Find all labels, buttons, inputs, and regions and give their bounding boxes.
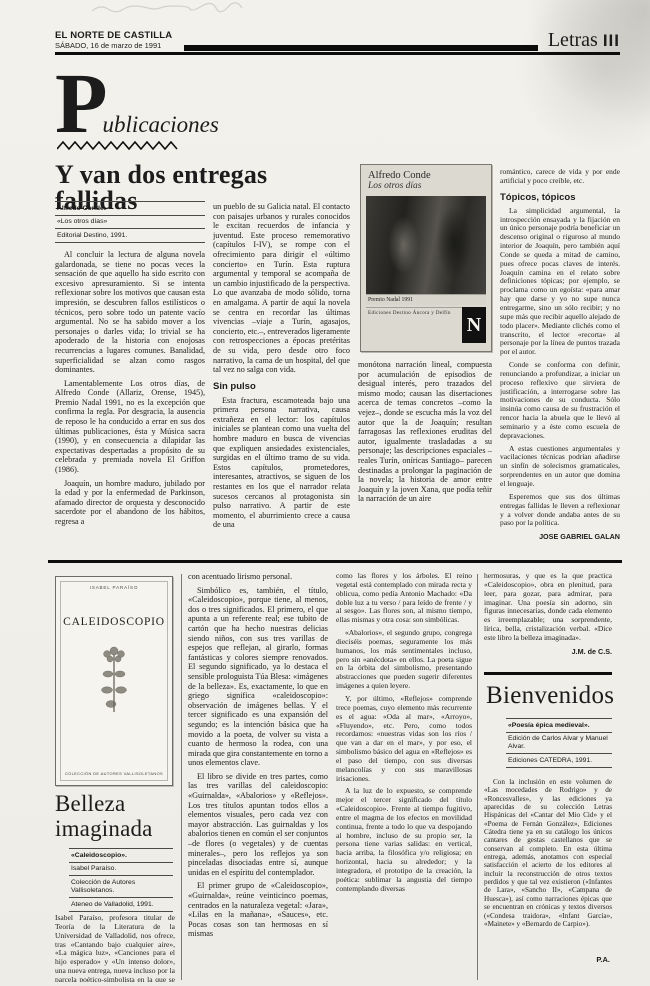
paragraph: hermosuras, y que es la que practica «Ca… [484,572,612,643]
paragraph: Esperemos que sus dos últimas entregas f… [500,493,620,528]
article3-text: Con la inclusión en este volumen de «Las… [484,778,612,956]
section-number: III [603,31,620,50]
paragraph: Y, por último, «Reflejos» comprende trec… [336,695,472,783]
publications-word: ublicaciones [103,113,219,136]
article1-column-4: romántico, carece de vida y por ende art… [500,168,620,559]
pencil-scribble [90,2,260,16]
paragraph: La simplicidad argumental, la introspecc… [500,207,620,357]
masthead-left: EL NORTE DE CASTILLA SÁBADO, 16 de marzo… [55,31,172,52]
credit-publisher: Ateneo de Valladolid, 1991. [69,898,173,912]
bottom-section: ISABEL PARAÍSO CALEIDOSCOPIO COLECCIÓN D… [55,572,620,982]
article-los-otros-dias: Y van dos entregas fallidas Alfredo Cond… [55,162,620,559]
subhead-topicos: Tópicos, tópicos [500,192,620,203]
article1-signature: JOSE GABRIEL GALAN [500,532,620,541]
article2-column-A: ISABEL PARAÍSO CALEIDOSCOPIO COLECCIÓN D… [55,572,175,982]
subhead-sin-pulso: Sin pulso [213,381,350,392]
bienvenidos-top-rule [484,672,612,675]
article2-column-A-text: Isabel Paraíso, profesora titular de Teo… [55,914,175,982]
paragraph: con acentuado lirismo personal. [188,572,328,582]
issue-date: SÁBADO, 16 de marzo de 1991 [55,42,172,51]
column-rule [181,574,182,980]
article2-signature: J.M. de C.S. [484,647,612,656]
paragraph: Simbólico es, también, el título, «Calei… [188,586,328,768]
article2-column-D-text: hermosuras, y que es la que practica «Ca… [484,572,612,656]
paragraph: El primer grupo de «Caleidoscopio», «Gui… [188,881,328,939]
article3-headline: Bienvenidos [486,682,614,710]
paragraph: romántico, carece de vida y por ende art… [500,168,620,186]
paragraph: El libro se divide en tres partes, como … [188,772,328,878]
masthead-rule [184,45,538,51]
cover-head: Alfredo Conde Los otros días [361,165,491,194]
paragraph: un pueblo de su Galicia natal. El contac… [213,202,350,375]
article1-credit-box: Alfredo Conde. «Los otros días» Editoria… [55,201,205,243]
paragraph: monótona narración lineal, compuesta por… [358,360,492,504]
credit-title: «Los otros días» [55,216,205,230]
article3-credit-box: «Poesía épica medieval». Edición de Carl… [506,718,612,768]
paragraph: Esta fractura, escamoteada bajo una prim… [213,396,350,530]
credit-title: «Poesía épica medieval». [506,719,612,733]
cover-collection-band: COLECCIÓN DE AUTORES VALLISOLETANOS [56,771,172,776]
paragraph: Al concluir la lectura de alguna novela … [55,250,205,375]
paragraph: Con la inclusión en este volumen de «Las… [484,778,612,928]
paragraph: como las flores y los árboles. El reino … [336,572,472,625]
article2-column-B: con acentuado lirismo personal. Simbólic… [188,572,328,982]
credit-author: Isabel Paraíso. [69,863,173,877]
cover-frame [60,581,168,781]
section-divider-rule [48,560,622,563]
article2-credit-box: «Caleidoscopio». Isabel Paraíso. Colecci… [69,848,173,912]
newspaper-page: EL NORTE DE CASTILLA SÁBADO, 16 de marzo… [0,0,650,986]
article1-column-3: Alfredo Conde Los otros días Premio Nada… [358,164,492,559]
credit-collection: Colección de Autores Vallisoletanos. [69,876,173,898]
paragraph: «Abalorios», el segundo grupo, congrega … [336,629,472,691]
credit-author: Alfredo Conde. [55,202,205,216]
section-title: Letras III [548,29,620,52]
article2-headline: Belleza imaginada [55,792,175,841]
cover-photo [366,196,486,294]
article2-column-C: como las flores y los árboles. El reino … [336,572,472,982]
publications-label: P ublicaciones [55,70,275,150]
paragraph: A la luz de lo expuesto, se comprende me… [336,787,472,893]
nadal-logo: N [462,307,486,343]
article3-signature: P.A. [596,955,610,964]
credit-title: «Caleidoscopio». [69,849,173,863]
paragraph: Joaquín, un hombre maduro, jubilado por … [55,479,205,527]
paragraph: Isabel Paraíso, profesora titular de Teo… [55,914,175,982]
paragraph: Conde se conforma con definir, renuncian… [500,361,620,441]
cover-title: Los otros días [368,181,484,191]
column-D: hermosuras, y que es la que practica «Ca… [484,572,612,982]
paragraph: A estas cuestiones argumentales y vacila… [500,445,620,489]
article1-column-1: Alfredo Conde. «Los otros días» Editoria… [55,201,205,559]
paragraph: Lamentablemente Los otros días, de Alfre… [55,379,205,475]
section-name: Letras [548,29,598,51]
credit-editors: Edición de Carlos Alvar y Manuel Alvar. [506,733,612,755]
credit-publisher: Ediciones CATEDRA, 1991. [506,754,612,768]
column-rule [477,574,478,980]
photo-highlight [388,216,419,275]
book-cover-caleidoscopio: ISABEL PARAÍSO CALEIDOSCOPIO COLECCIÓN D… [55,576,173,786]
article1-column-3-text: monótona narración lineal, compuesta por… [358,360,492,559]
credit-publisher: Editorial Destino, 1991. [55,229,205,243]
cover-award-band: Premio Nadal 1991 [366,294,486,305]
masthead: EL NORTE DE CASTILLA SÁBADO, 16 de marzo… [55,26,620,55]
book-cover-los-otros-dias: Alfredo Conde Los otros días Premio Nada… [360,164,492,352]
article1-column-2: un pueblo de su Galicia natal. El contac… [213,202,350,559]
dropcap-p: P [55,70,106,137]
photo-shadow [436,206,472,280]
cover-author: Alfredo Conde [368,170,484,181]
